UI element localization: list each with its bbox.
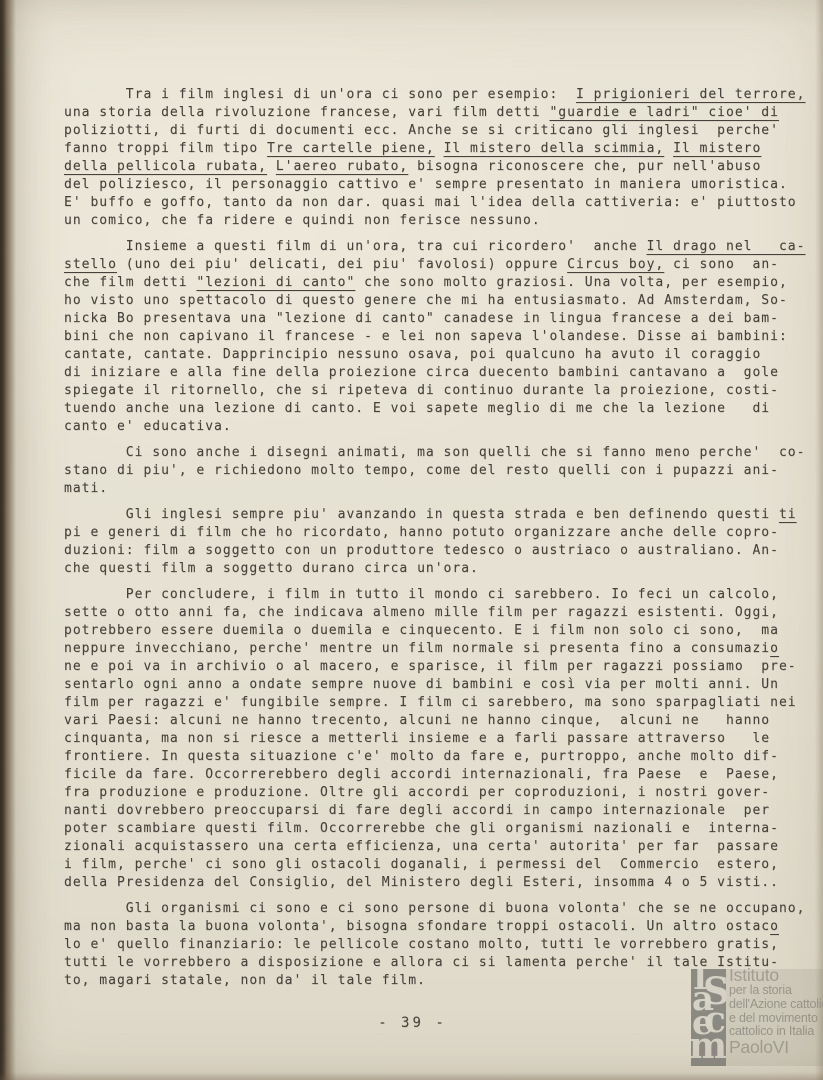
page-bottom-edge [0,1072,823,1080]
stamp-line-istituto: Istituto [729,967,823,984]
stamp-line-movimento: e del movimento [729,1012,823,1026]
stamp-line-paolovi: PaoloVI [729,1039,823,1056]
paragraph: Insieme a questi film di un'ora, tra cui… [64,238,820,436]
paragraph: Tra i film inglesi di un'ora ci sono per… [64,86,820,230]
paragraph: Ci sono anche i disegni animati, ma son … [64,444,820,498]
logo-letter: m [691,1028,726,1064]
stamp-line-per-la-storia: per la storia [729,984,823,998]
document-text: Tra i film inglesi di un'ora ci sono per… [64,86,820,998]
stamp-line-azione-cattolica: dell'Azione cattolica [729,998,823,1012]
scanned-page: Tra i film inglesi di un'ora ci sono per… [0,0,823,1080]
isacem-logo-icon: ISacem [691,969,726,1066]
page-left-edge [0,0,18,1080]
paragraph: Gli inglesi sempre piu' avanzando in que… [64,506,820,578]
archive-stamp: Istituto per la storia dell'Azione catto… [729,967,823,1056]
paragraph: Per concludere, i film in tutto il mondo… [64,586,820,892]
page-number: - 39 - [330,1015,495,1031]
